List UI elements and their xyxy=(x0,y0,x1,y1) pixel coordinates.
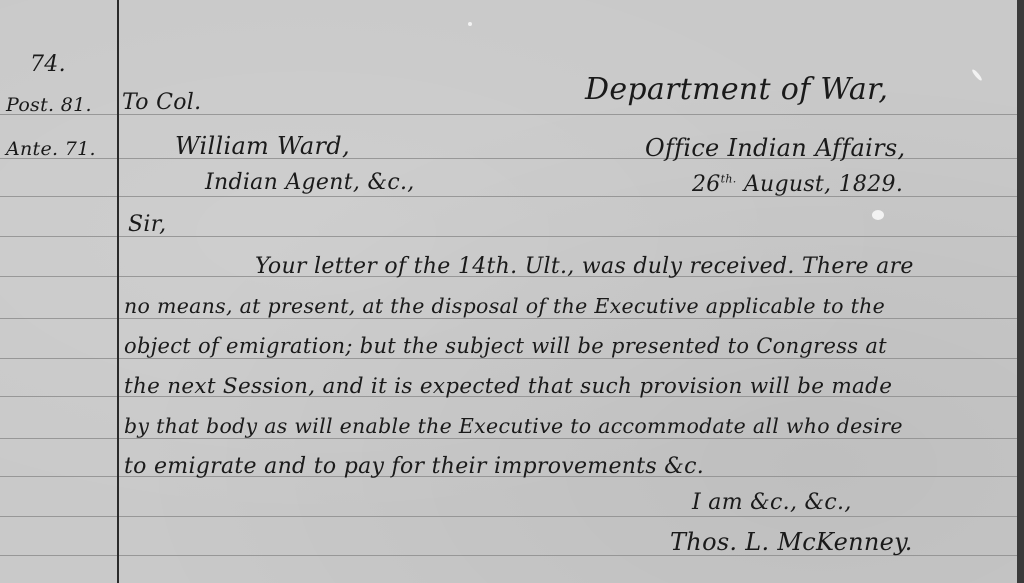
page-edge xyxy=(1017,0,1024,583)
salutation-to: To Col. xyxy=(122,90,201,115)
body-line: by that body as will enable the Executiv… xyxy=(124,414,903,438)
closing: I am &c., &c., xyxy=(692,490,852,515)
ruled-line xyxy=(0,516,1018,517)
office-heading: Office Indian Affairs, xyxy=(645,134,905,162)
body-line: object of emigration; but the subject wi… xyxy=(124,334,887,358)
ruled-line xyxy=(0,438,1018,439)
post-reference: Post. 81. xyxy=(6,94,92,116)
letterbook-page: 74. Post. 81. Ante. 71. To Col. William … xyxy=(0,0,1024,583)
recipient-name: William Ward, xyxy=(175,132,350,160)
date-rest: August, 1829. xyxy=(744,172,903,197)
margin-line xyxy=(117,0,119,583)
greeting: Sir, xyxy=(128,212,166,237)
page-number: 74. xyxy=(30,52,66,77)
paper-speck xyxy=(468,22,472,26)
letter-date: 26th. August, 1829. xyxy=(692,172,903,197)
ruled-line xyxy=(0,318,1018,319)
body-line: to emigrate and to pay for their improve… xyxy=(124,454,704,479)
recipient-title: Indian Agent, &c., xyxy=(205,170,415,195)
date-suffix: th. xyxy=(721,173,737,186)
department-heading: Department of War, xyxy=(585,72,888,107)
paper-speck xyxy=(971,68,983,81)
body-line: the next Session, and it is expected tha… xyxy=(124,374,892,399)
ruled-line xyxy=(0,358,1018,359)
ante-reference: Ante. 71. xyxy=(6,138,96,160)
body-line: no means, at present, at the disposal of… xyxy=(124,294,885,318)
body-line: Your letter of the 14th. Ult., was duly … xyxy=(255,254,914,279)
date-day: 26 xyxy=(692,172,721,197)
paper-speck xyxy=(872,210,884,220)
signature: Thos. L. McKenney. xyxy=(670,528,913,556)
